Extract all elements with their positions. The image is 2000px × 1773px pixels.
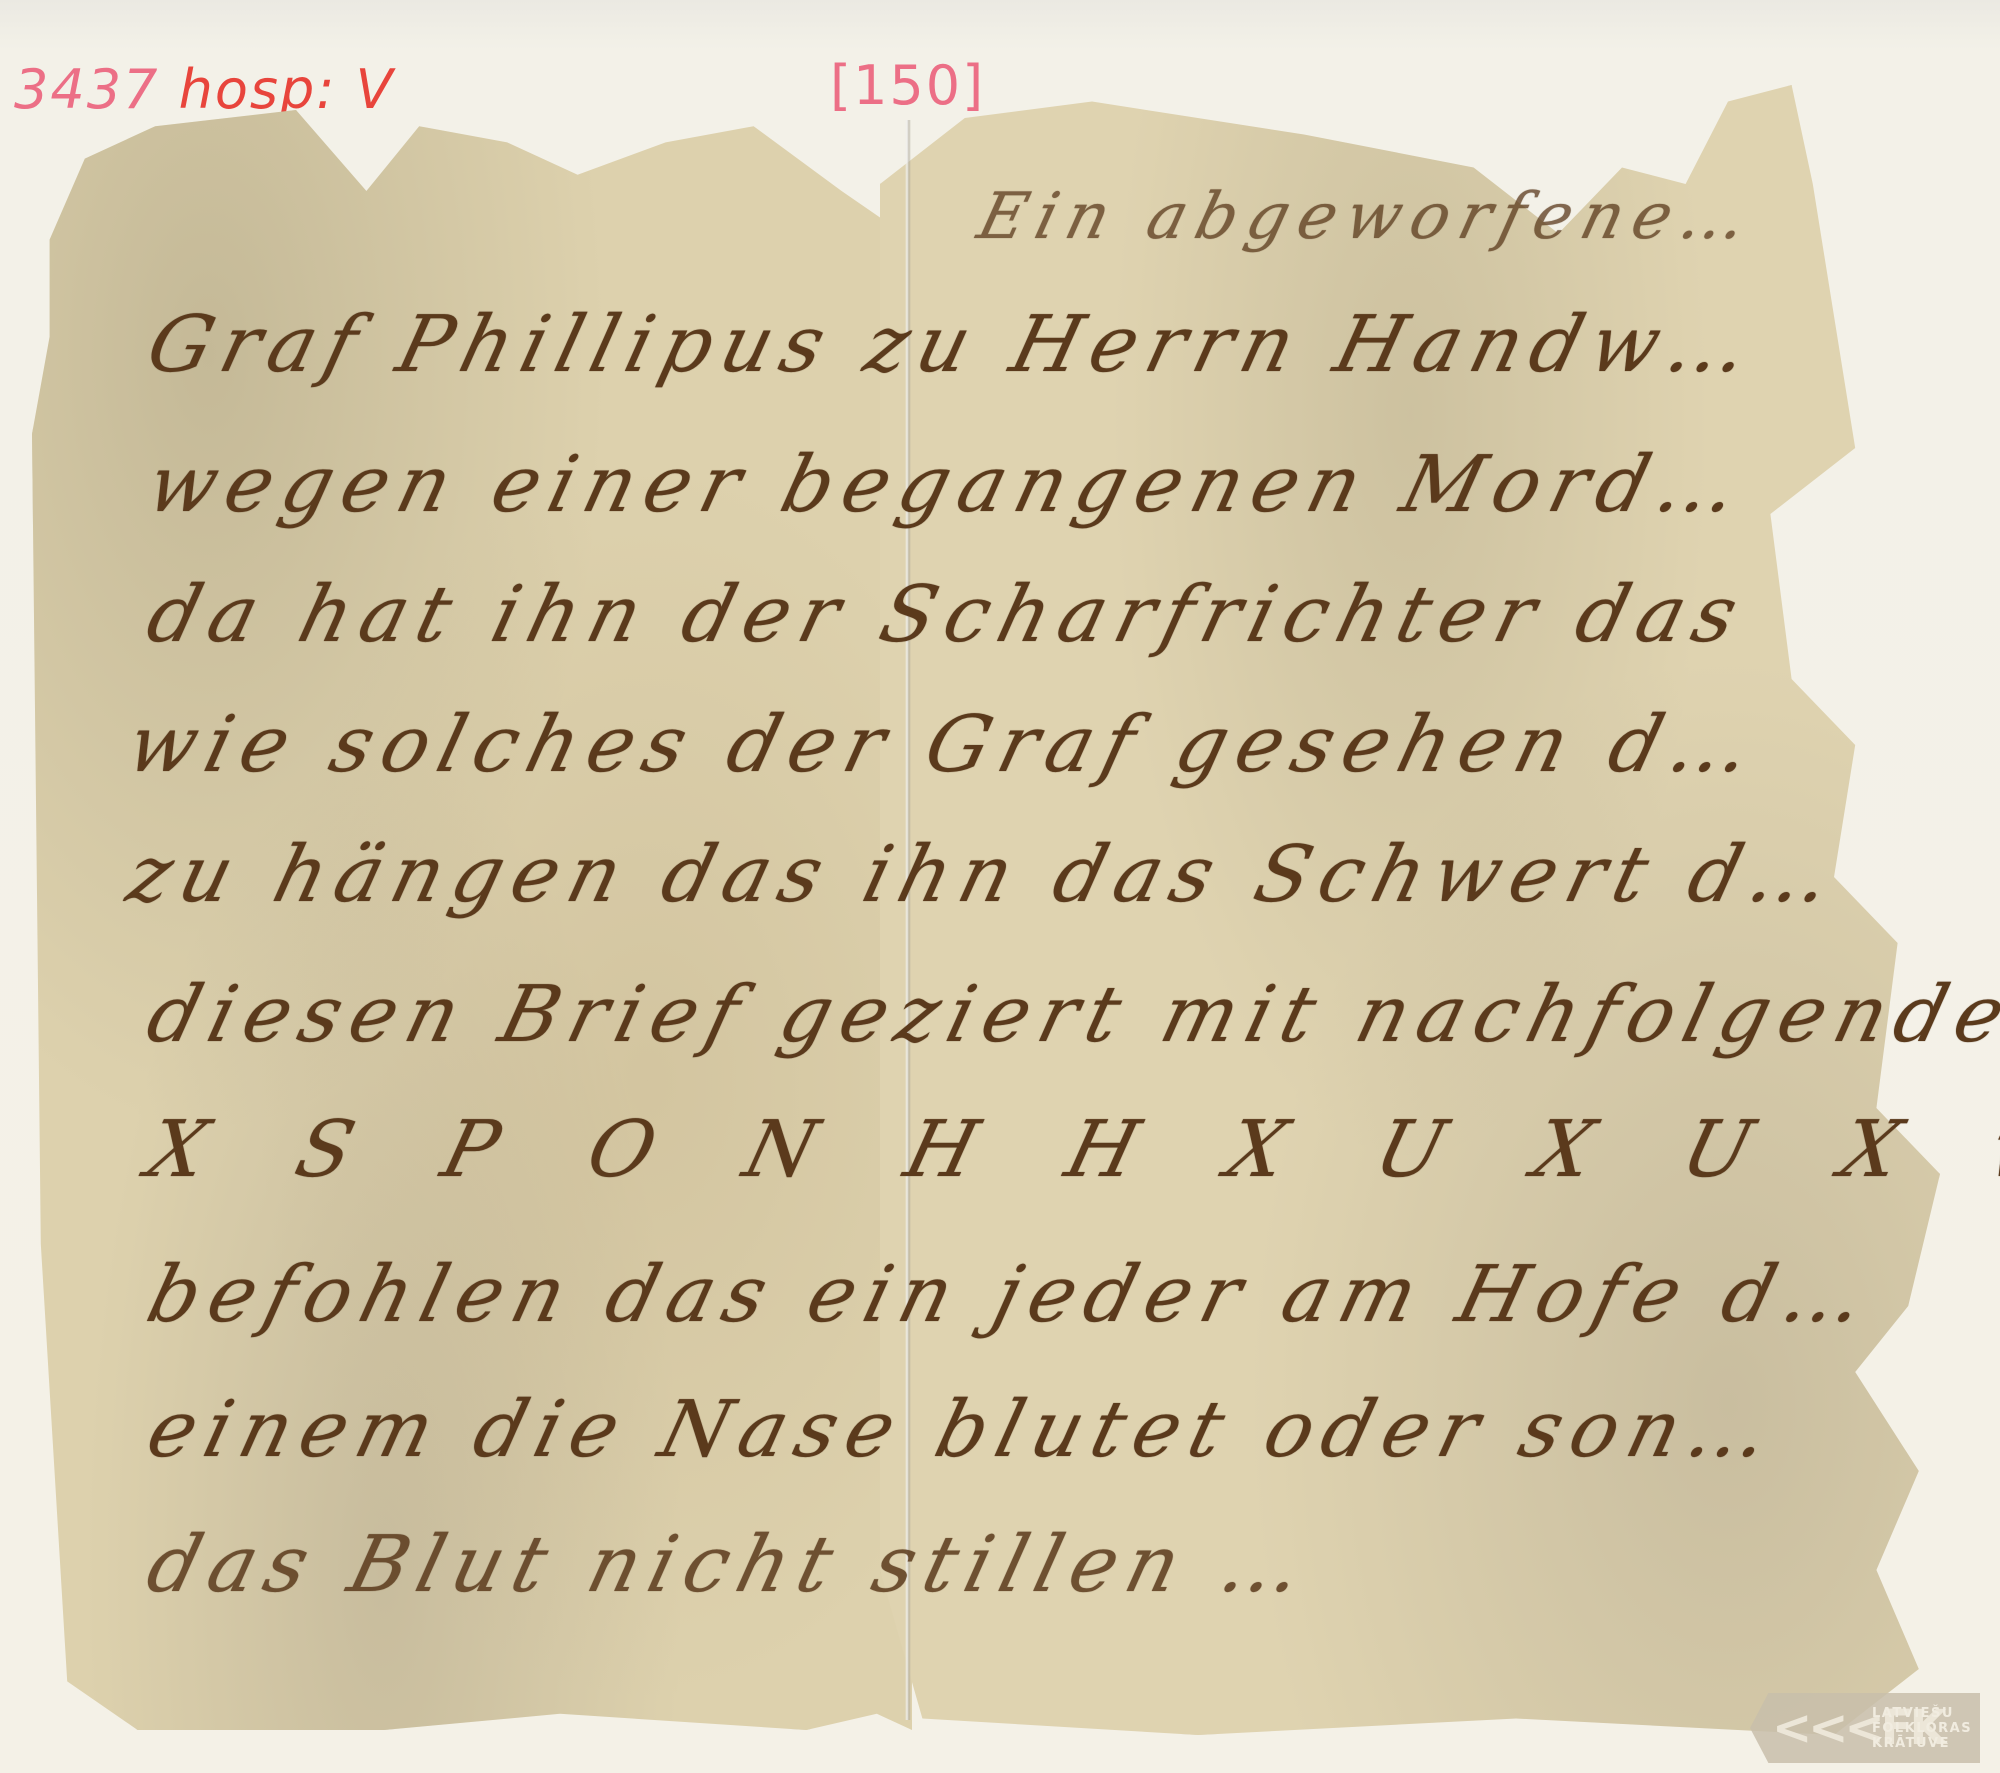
manuscript-line: Ein abgeworfene… [971, 180, 1765, 254]
logo-line: LATVIEŠU [1872, 1706, 1972, 1721]
manuscript-line: befohlen das ein jeder am Hofe d… [139, 1250, 1884, 1340]
lfk-logo-icon: <<<FK [1772, 1700, 1872, 1756]
manuscript-line: das Blut nicht stillen … [139, 1520, 1322, 1610]
manuscript-line: einem die Nase blutet oder son… [139, 1385, 1788, 1475]
manuscript-line: X S P O N H H X U X U X wie… [139, 1105, 2000, 1195]
manuscript-line: zu hängen das ihn das Schwert d… [119, 830, 1850, 920]
logo-line: KRĀTUVE [1872, 1736, 1972, 1751]
archive-reference-id: 3437 [14, 58, 179, 121]
archive-reference-number: 3437 hosp: V [14, 58, 395, 121]
manuscript-line: wegen einer begangenen Mord… [139, 440, 1757, 530]
lfk-archive-logo: <<<FK LATVIEŠU FOLKLORAS KRĀTUVE [1750, 1693, 1980, 1763]
archive-page-number: [150] [830, 54, 985, 117]
manuscript-line: wie solches der Graf gesehen d… [119, 700, 1771, 790]
logo-line: FOLKLORAS [1872, 1721, 1972, 1736]
manuscript-line: da hat ihn der Scharfrichter das [139, 570, 1756, 660]
manuscript-line: diesen Brief geziert mit nachfolgenden [139, 970, 2000, 1060]
manuscript-line: Graf Phillipus zu Herrn Handw… [139, 300, 1768, 390]
lfk-logo-text: LATVIEŠU FOLKLORAS KRĀTUVE [1872, 1706, 1972, 1751]
